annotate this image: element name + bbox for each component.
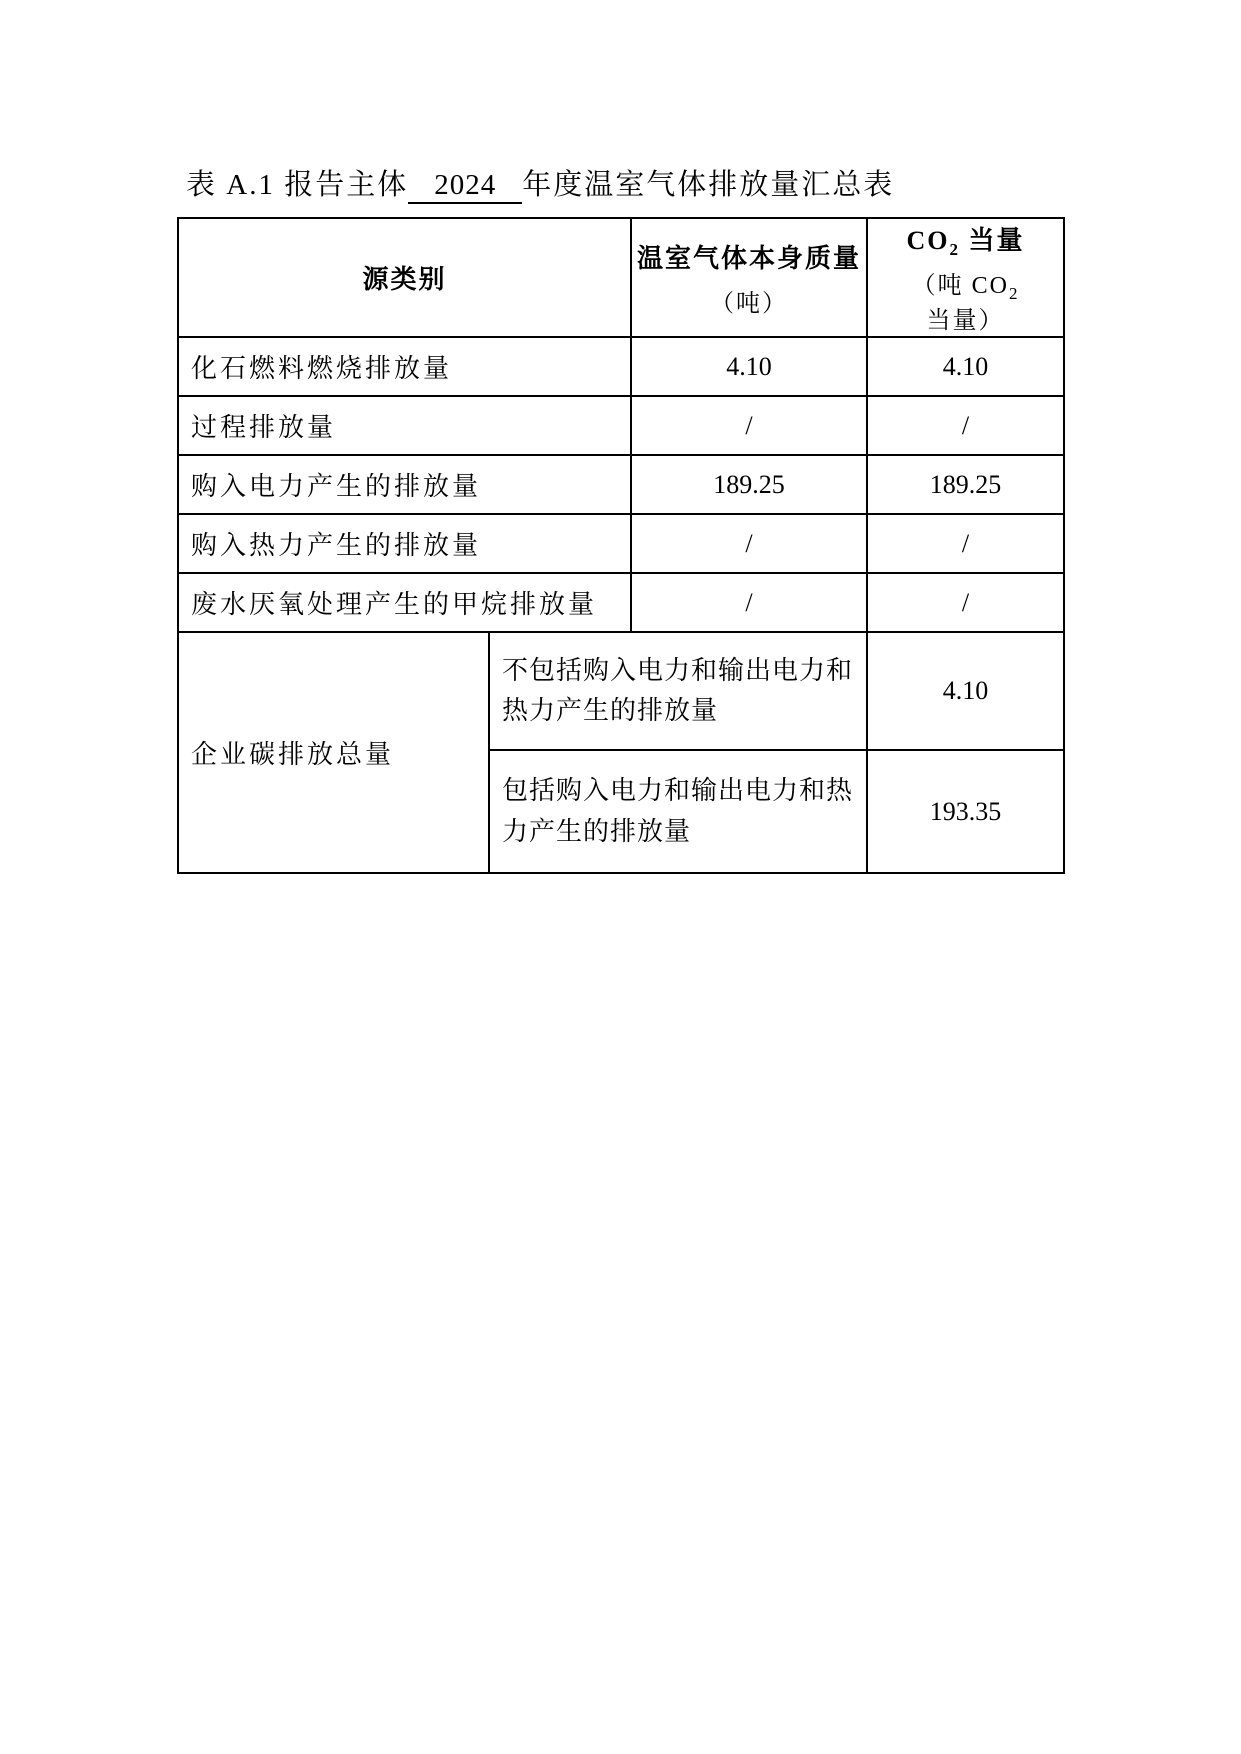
row-label-fossil-fuel: 化石燃料燃烧排放量 [178, 337, 631, 396]
mass-value-wastewater-methane: / [631, 573, 867, 632]
co2e-value-purchased-electricity: 189.25 [867, 455, 1064, 514]
report-year-blank: 2024 [408, 169, 522, 204]
table-row: 购入电力产生的排放量 189.25 189.25 [178, 455, 1064, 514]
table-header-row: 源类别 温室气体本身质量 （吨） CO2 当量 （吨 CO2 当量） [178, 218, 1064, 337]
co2e-value-wastewater-methane: / [867, 573, 1064, 632]
header-co2e: CO2 当量 （吨 CO2 当量） [867, 218, 1064, 337]
mass-value-purchased-electricity: 189.25 [631, 455, 867, 514]
mass-value-process: / [631, 396, 867, 455]
row-label-wastewater-methane: 废水厌氧处理产生的甲烷排放量 [178, 573, 631, 632]
header-co2e-unit: （吨 CO2 当量） [869, 265, 1062, 335]
co2e-value-process: / [867, 396, 1064, 455]
document-page: { "page": { "background": "#ffffff", "te… [0, 0, 1241, 1754]
total-value-including: 193.35 [867, 750, 1064, 873]
total-label-cell: 企业碳排放总量 [178, 632, 489, 873]
header-ghg-mass-unit: （吨） [633, 283, 865, 318]
row-label-purchased-heat: 购入热力产生的排放量 [178, 514, 631, 573]
table-title: 表 A.1 报告主体2024年度温室气体排放量汇总表 [186, 162, 894, 204]
table-row: 废水厌氧处理产生的甲烷排放量 / / [178, 573, 1064, 632]
header-ghg-mass: 温室气体本身质量 （吨） [631, 218, 867, 337]
co2-unit-subscript: 2 [1009, 284, 1020, 303]
co2e-value-fossil-fuel: 4.10 [867, 337, 1064, 396]
header-source-category-label: 源类别 [180, 259, 629, 296]
ghg-summary-table: 源类别 温室气体本身质量 （吨） CO2 当量 （吨 CO2 当量） 化石燃料燃… [177, 217, 1065, 874]
mass-value-fossil-fuel: 4.10 [631, 337, 867, 396]
header-co2e-label: CO2 当量 [869, 220, 1062, 257]
total-desc-excluding: 不包括购入电力和输出电力和热力产生的排放量 [489, 632, 867, 750]
header-ghg-mass-label: 温室气体本身质量 [633, 238, 865, 275]
co2e-value-purchased-heat: / [867, 514, 1064, 573]
co2-subscript: 2 [950, 240, 961, 259]
table-title-suffix: 年度温室气体排放量汇总表 [522, 169, 894, 201]
mass-value-purchased-heat: / [631, 514, 867, 573]
table-row: 化石燃料燃烧排放量 4.10 4.10 [178, 337, 1064, 396]
total-row-excluding: 企业碳排放总量 不包括购入电力和输出电力和热力产生的排放量 4.10 [178, 632, 1064, 750]
total-desc-including: 包括购入电力和输出电力和热力产生的排放量 [489, 750, 867, 873]
table-row: 过程排放量 / / [178, 396, 1064, 455]
row-label-process: 过程排放量 [178, 396, 631, 455]
table-title-prefix: 表 A.1 报告主体 [186, 169, 408, 201]
table-row: 购入热力产生的排放量 / / [178, 514, 1064, 573]
header-source-category: 源类别 [178, 218, 631, 337]
row-label-purchased-electricity: 购入电力产生的排放量 [178, 455, 631, 514]
total-value-excluding: 4.10 [867, 632, 1064, 750]
